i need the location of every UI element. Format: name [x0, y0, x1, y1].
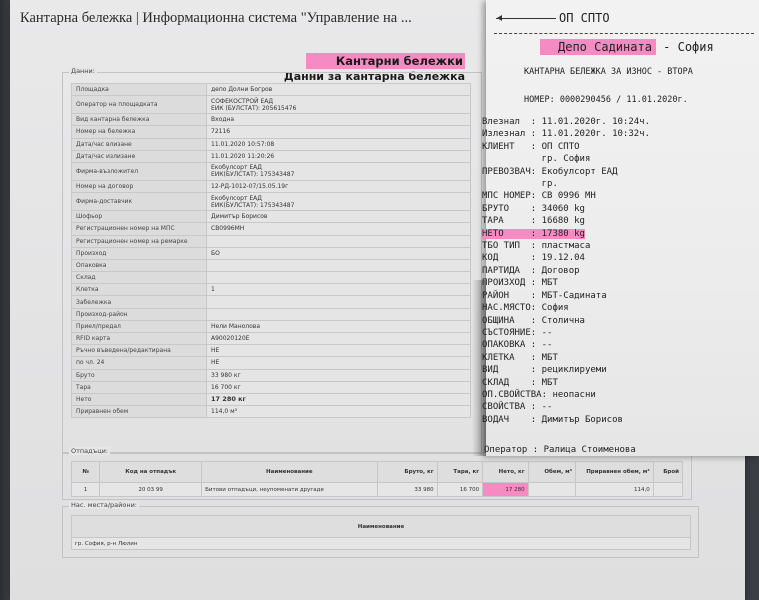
receipt-number: НОМЕР: 0000290456 / 11.01.2020г. [524, 95, 688, 105]
data-row: RFID картаA90020120E [72, 333, 471, 345]
data-label: Регистрационен номер на ремарке [72, 235, 207, 247]
waste-cell [653, 483, 682, 497]
data-row: Забележка [72, 296, 471, 308]
receipt-operator: Оператор : Ралица Стоименова [484, 445, 636, 455]
data-value [207, 259, 471, 271]
data-row: Регистрационен номер на МПСCB0996MH [72, 223, 471, 235]
receipt-line: КЛИЕНТ : ОП СПТО [482, 141, 650, 153]
receipt-line-value: 11.01.2020г. 10:32ч. [542, 129, 650, 139]
receipt-line-value: МБТ [542, 378, 558, 388]
receipt-operator-label: Оператор [484, 445, 527, 455]
data-label: Клетка [72, 284, 207, 296]
receipt-line: гр. [482, 178, 650, 190]
receipt-line-value: -- [542, 340, 553, 350]
weighbridge-receipt: ОП СПТО Депо Садината - София КАНТАРНА Б… [486, 0, 759, 456]
receipt-line-value: 19.12.04 [542, 253, 585, 263]
data-value: 114,0 м³ [207, 406, 471, 418]
data-row: ШофьорДимитър Борисов [72, 211, 471, 223]
receipt-line: КЛЕТКА : МБТ [482, 352, 650, 364]
places-row: гр. София, р-н Люлин [72, 538, 691, 550]
data-label: Ръчно въведена/редактирана [72, 345, 207, 357]
data-label: Забележка [72, 296, 207, 308]
data-value: НЕ [207, 357, 471, 369]
places-legend: Нас. места/райони: [69, 501, 139, 509]
receipt-line-value: МБТ [542, 353, 558, 363]
receipt-line-value: Столична [542, 316, 585, 326]
data-value: Димитър Борисов [207, 211, 471, 223]
receipt-subtitle: КАНТАРНА БЕЛЕЖКА ЗА ИЗНОС - ВТОРА [524, 67, 693, 77]
data-label: Оператор на площадката [72, 96, 207, 114]
receipt-line-value: гр. София [542, 154, 591, 164]
data-row: Опаковка [72, 259, 471, 271]
waste-column-header: Бруто, кг [377, 462, 437, 483]
data-value: 72116 [207, 126, 471, 138]
receipt-line-label: НАС.МЯСТО [482, 303, 531, 313]
data-value: 1 [207, 284, 471, 296]
data-label: Номер на бележка [72, 126, 207, 138]
receipt-line-value: рециклируеми [542, 365, 607, 375]
receipt-line-value: МБТ [542, 278, 558, 288]
data-value: 33 980 кг [207, 369, 471, 381]
receipt-line: Влезнал : 11.01.2020г. 10:24ч. [482, 116, 650, 128]
receipt-lines: Влезнал : 11.01.2020г. 10:24ч.Излезнал :… [482, 116, 650, 426]
receipt-line: КОД : 19.12.04 [482, 252, 650, 264]
waste-column-header: Тара, кг [437, 462, 482, 483]
receipt-line: НЕТО : 17380 kg [482, 228, 650, 240]
receipt-line: ОБЩИНА : Столична [482, 315, 650, 327]
receipt-line-label: СКЛАД [482, 378, 531, 388]
receipt-line: СЪСТОЯНИЕ: -- [482, 327, 650, 339]
data-label: Произход [72, 247, 207, 259]
receipt-line: ТАРА : 16680 kg [482, 215, 650, 227]
data-row: Бруто33 980 кг [72, 369, 471, 381]
receipt-line: ТБО ТИП : пластмаса [482, 240, 650, 252]
data-legend: Данни: [69, 67, 97, 75]
receipt-line-value: Договор [542, 266, 580, 276]
waste-column-header: Код на отпадък [100, 462, 202, 483]
background-right [745, 455, 759, 600]
receipt-line: ПРОИЗХОД : МБТ [482, 277, 650, 289]
data-value: Входна [207, 114, 471, 126]
receipt-line-label: ОП.СВОЙСТВА [482, 390, 542, 400]
data-row: по чл. 24НЕ [72, 357, 471, 369]
receipt-line: ОПАКОВКА : -- [482, 339, 650, 351]
receipt-line-label: ТАРА [482, 216, 531, 226]
data-row: Нето17 280 кг [72, 393, 471, 405]
receipt-line-value: 34060 kg [542, 204, 585, 214]
waste-column-header: Приравнен обем, м³ [576, 462, 654, 483]
waste-column-header: № [72, 462, 100, 483]
data-label: Дата/час влизане [72, 138, 207, 150]
receipt-line-value: Димитър Борисов [542, 415, 623, 425]
waste-fieldset: Отпадъци: №Код на отпадъкНаименованиеБру… [62, 452, 692, 500]
data-label: Шофьор [72, 211, 207, 223]
arrow-left-icon [496, 18, 556, 19]
places-fieldset: Нас. места/райони: Наименование гр. Софи… [62, 506, 699, 558]
data-value: 17 280 кг [207, 393, 471, 405]
data-value: Екобулсорт ЕАДЕИК(БУЛСТАТ): 175343487 [207, 162, 471, 180]
data-value: CB0996MH [207, 223, 471, 235]
waste-column-header: Наименование [202, 462, 377, 483]
receipt-line-value: 11.01.2020г. 10:24ч. [542, 117, 650, 127]
waste-legend: Отпадъци: [69, 447, 110, 455]
receipt-line-label: КЛЕТКА [482, 353, 531, 363]
receipt-top-line: ОП СПТО [486, 11, 759, 25]
data-value: 11.01.2020 10:57:08 [207, 138, 471, 150]
data-value [207, 308, 471, 320]
places-cell: гр. София, р-н Люлин [72, 538, 691, 550]
data-row: Оператор на площадкатаСОФЕКОСТРОЙ ЕАДЕИК… [72, 96, 471, 114]
receipt-line-label: РАЙОН [482, 291, 531, 301]
data-label: Приравнен обем [72, 406, 207, 418]
data-row: Приравнен обем114,0 м³ [72, 406, 471, 418]
data-label: RFID карта [72, 333, 207, 345]
receipt-line-value: ОП СПТО [542, 142, 580, 152]
receipt-line-label: Влезнал [482, 117, 531, 127]
receipt-line-value: София [542, 303, 569, 313]
data-label: Склад [72, 272, 207, 284]
receipt-line-label: ВИД [482, 365, 531, 375]
receipt-line: СКЛАД : МБТ [482, 377, 650, 389]
waste-cell: 16 700 [437, 483, 482, 497]
places-table: Наименование гр. София, р-н Люлин [71, 515, 691, 550]
receipt-line-label: ВОДАЧ [482, 415, 531, 425]
receipt-org: ОП СПТО [559, 11, 610, 25]
receipt-depot-city: - София [663, 40, 714, 54]
data-row: Клетка1 [72, 284, 471, 296]
data-fieldset: Данни: Площадкадепо Долни БогровОператор… [62, 72, 482, 454]
data-value: БО [207, 247, 471, 259]
receipt-divider [494, 33, 754, 34]
data-value [207, 296, 471, 308]
receipt-line-value: 17380 kg [542, 229, 585, 239]
receipt-line-value: Екобулсорт ЕАД [542, 167, 618, 177]
receipt-line: МПС НОМЕР: CB 0996 MH [482, 190, 650, 202]
receipt-line: ВОДАЧ : Димитър Борисов [482, 414, 650, 426]
data-label: Приел/предал [72, 320, 207, 332]
data-row: Номер на договор12-РД-1012-07/15.05.19г [72, 180, 471, 192]
receipt-line: ПРЕВОЗВАЧ: Екобулсорт ЕАД [482, 166, 650, 178]
receipt-line-value: 16680 kg [542, 216, 585, 226]
receipt-line-value: МБТ-Садината [542, 291, 607, 301]
data-label: Номер на договор [72, 180, 207, 192]
data-label: Фирма-доставчик [72, 193, 207, 211]
data-label: Дата/час излизане [72, 150, 207, 162]
receipt-line-value: -- [542, 328, 553, 338]
data-value: A90020120E [207, 333, 471, 345]
data-table: Площадкадепо Долни БогровОператор на пло… [71, 83, 471, 418]
waste-cell: 33 980 [377, 483, 437, 497]
data-value: 12-РД-1012-07/15.05.19г [207, 180, 471, 192]
receipt-line: РАЙОН : МБТ-Садината [482, 290, 650, 302]
data-label: Фирма-възложител [72, 162, 207, 180]
data-value [207, 235, 471, 247]
data-row: Дата/час излизане11.01.2020 11:20:26 [72, 150, 471, 162]
receipt-line-label: ТБО ТИП [482, 241, 531, 251]
receipt-line: ВИД : рециклируеми [482, 364, 650, 376]
receipt-line: гр. София [482, 153, 650, 165]
data-value: депо Долни Богров [207, 84, 471, 96]
waste-cell: 1 [72, 483, 100, 497]
receipt-line-value: CB 0996 MH [542, 191, 596, 201]
data-value: НЕ [207, 345, 471, 357]
data-label: Тара [72, 381, 207, 393]
receipt-line-label: ПРОИЗХОД [482, 278, 531, 288]
receipt-line-label: ОПАКОВКА [482, 340, 531, 350]
page-title: Кантарна бележка | Информационна система… [20, 10, 412, 27]
data-row: Регистрационен номер на ремарке [72, 235, 471, 247]
data-label: Бруто [72, 369, 207, 381]
waste-column-header: Брой [653, 462, 682, 483]
receipt-line-label: Излезнал [482, 129, 531, 139]
receipt-line: ПАРТИДА : Договор [482, 265, 650, 277]
data-row: Вид кантарна бележкаВходна [72, 114, 471, 126]
receipt-line: БРУТО : 34060 kg [482, 203, 650, 215]
waste-cell: 20 03 99 [100, 483, 202, 497]
heading-title: Кантарни бележки [306, 53, 465, 69]
receipt-line-label: КОД [482, 253, 531, 263]
data-row: Произход-район [72, 308, 471, 320]
receipt-operator-name: Ралица Стоименова [544, 445, 636, 455]
data-row: Дата/час влизане11.01.2020 10:57:08 [72, 138, 471, 150]
data-row: Фирма-възложителЕкобулсорт ЕАДЕИК(БУЛСТА… [72, 162, 471, 180]
data-label: Вид кантарна бележка [72, 114, 207, 126]
receipt-line: Излезнал : 11.01.2020г. 10:32ч. [482, 128, 650, 140]
data-label: Опаковка [72, 259, 207, 271]
waste-column-header: Обем, м³ [528, 462, 575, 483]
receipt-line-label: БРУТО [482, 204, 531, 214]
receipt-line-label: КЛИЕНТ [482, 142, 531, 152]
data-row: Ръчно въведена/редактиранаНЕ [72, 345, 471, 357]
data-value: СОФЕКОСТРОЙ ЕАДЕИК (БУЛСТАТ): 205615476 [207, 96, 471, 114]
receipt-line-label: СЪСТОЯНИЕ [482, 328, 531, 338]
data-row: Площадкадепо Долни Богров [72, 84, 471, 96]
receipt-line-value: -- [542, 402, 553, 412]
waste-cell: 114,0 [576, 483, 654, 497]
receipt-line: НАС.МЯСТО: София [482, 302, 650, 314]
data-row: Склад [72, 272, 471, 284]
waste-cell: Битови отпадъци, неупоменати другаде [202, 483, 377, 497]
receipt-line-label: МПС НОМЕР [482, 191, 531, 201]
data-value [207, 272, 471, 284]
receipt-line: ОП.СВОЙСТВА: неопасни [482, 389, 650, 401]
waste-cell [528, 483, 575, 497]
places-column-header: Наименование [72, 516, 691, 538]
waste-cell: 17 280 [483, 483, 528, 497]
receipt-line-label: НЕТО [482, 229, 531, 239]
data-label: Нето [72, 393, 207, 405]
waste-column-header: Нето, кг [483, 462, 528, 483]
receipt-line-value: гр. [542, 179, 558, 189]
data-label: Площадка [72, 84, 207, 96]
receipt-line-value: пластмаса [542, 241, 591, 251]
receipt-line-value: неопасни [552, 390, 595, 400]
receipt-line-label: ОБЩИНА [482, 316, 531, 326]
data-value: 16 700 кг [207, 381, 471, 393]
data-row: Приел/предалНели Манолова [72, 320, 471, 332]
data-row: Тара16 700 кг [72, 381, 471, 393]
waste-table: №Код на отпадъкНаименованиеБруто, кгТара… [71, 461, 683, 497]
data-label: Регистрационен номер на МПС [72, 223, 207, 235]
waste-row: 120 03 99Битови отпадъци, неупоменати др… [72, 483, 683, 497]
data-label: по чл. 24 [72, 357, 207, 369]
data-row: Фирма-доставчикЕкобулсорт ЕАДЕИК(БУЛСТАТ… [72, 193, 471, 211]
receipt-depot: Депо Садината - София [540, 40, 714, 54]
receipt-line-label: ПРЕВОЗВАЧ [482, 167, 531, 177]
data-value: Екобулсорт ЕАДЕИК(БУЛСТАТ): 175343487 [207, 193, 471, 211]
receipt-line: СВОЙСТВА : -- [482, 401, 650, 413]
receipt-depot-name: Депо Садината [540, 39, 656, 55]
data-value: Нели Манолова [207, 320, 471, 332]
data-label: Произход-район [72, 308, 207, 320]
data-row: Номер на бележка72116 [72, 126, 471, 138]
data-value: 11.01.2020 11:20:26 [207, 150, 471, 162]
data-row: ПроизходБО [72, 247, 471, 259]
receipt-line-label: СВОЙСТВА [482, 402, 531, 412]
receipt-line-label: ПАРТИДА [482, 266, 531, 276]
